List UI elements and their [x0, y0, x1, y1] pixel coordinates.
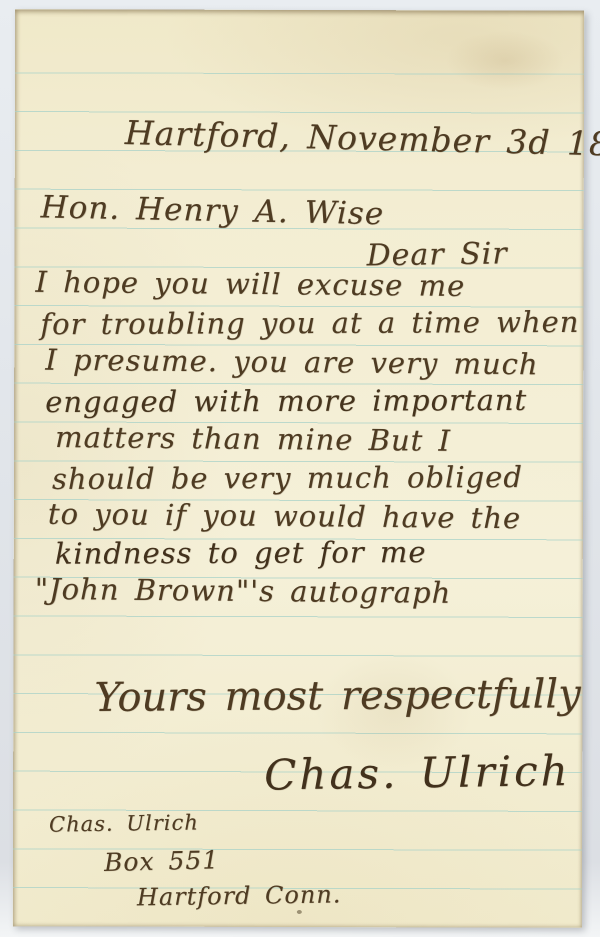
body-line: I presume. you are very much: [45, 346, 539, 380]
body-line: for troubling you at a time when: [40, 308, 579, 339]
sender-box-number: Box 551: [104, 847, 220, 875]
signature: Chas. Ulrich: [264, 750, 571, 797]
closing-line: Yours most respectfully: [94, 674, 581, 718]
sender-city: Hartford Conn.: [137, 882, 342, 909]
body-line: engaged with more important: [45, 386, 527, 417]
body-line: should be very much obliged: [52, 463, 523, 494]
body-line: "John Brown"'s autograph: [35, 575, 452, 608]
sender-name: Chas. Ulrich: [49, 812, 199, 835]
body-line: I hope you will excuse me: [35, 268, 465, 301]
body-line: to you if you would have the: [48, 500, 522, 534]
salutation: Dear Sir: [366, 239, 507, 271]
paper-sheet: Hartford, November 3d 1859 Hon. Henry A.…: [13, 9, 584, 927]
recipient-line: Hon. Henry A. Wise: [40, 192, 384, 230]
letter-scan: Hartford, November 3d 1859 Hon. Henry A.…: [0, 0, 600, 937]
body-line: matters than mine But I: [55, 423, 451, 456]
body-line: kindness to get for me: [55, 538, 427, 569]
